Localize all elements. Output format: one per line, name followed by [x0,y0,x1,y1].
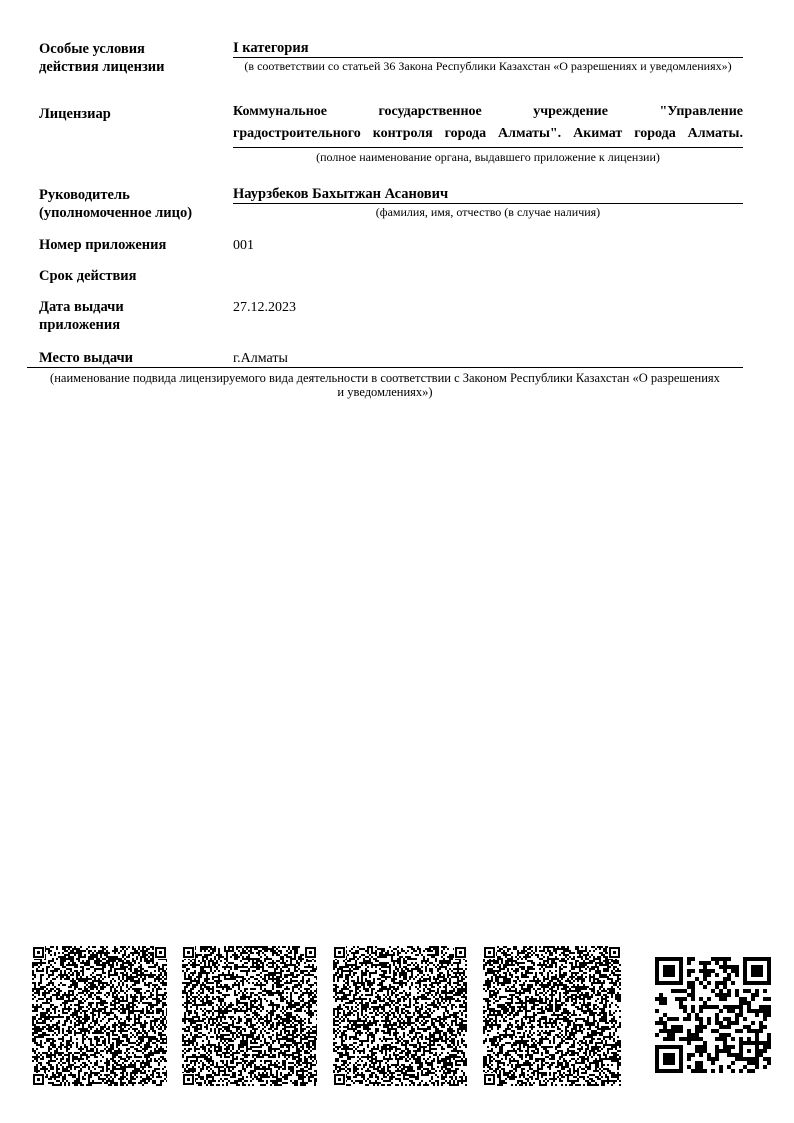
appendix-number-label: Номер приложения [39,236,231,254]
footer-caption: (наименование подвида лицензируемого вид… [27,371,743,399]
datamatrix-barcode-1 [32,946,167,1086]
license-appendix-page: Особые условия действия лицензии I катег… [0,0,794,1123]
licensor-label: Лицензиар [39,105,231,123]
head-label: Руководитель (уполномоченное лицо) [39,186,231,222]
licensor-caption: (полное наименование органа, выдавшего п… [233,151,743,164]
issue-date-label: Дата выдачи приложения [39,298,231,334]
datamatrix-barcode-2 [182,946,317,1086]
datamatrix-barcode-4 [483,946,621,1086]
licensor-underline [233,147,743,148]
special-conditions-caption: (в соответствии со статьей 36 Закона Рес… [233,60,743,73]
licensor-value-line2: градостроительного контроля города Алмат… [233,123,743,145]
issue-place-value: г.Алматы [233,350,743,367]
licensor-value-line1: Коммунальное государственное учреждение … [233,101,743,123]
head-caption: (фамилия, имя, отчество (в случае наличи… [233,206,743,219]
issue-date-value: 27.12.2023 [233,299,743,316]
datamatrix-barcode-3 [333,946,467,1086]
validity-period-label: Срок действия [39,267,231,285]
issue-place-label: Место выдачи [39,349,231,367]
footer-rule [27,367,743,368]
special-conditions-value: I категория [233,40,743,58]
head-value: Наурзбеков Бахытжан Асанович [233,186,743,204]
appendix-number-value: 001 [233,237,743,254]
special-conditions-label: Особые условия действия лицензии [39,40,231,76]
qr-code [653,955,773,1075]
